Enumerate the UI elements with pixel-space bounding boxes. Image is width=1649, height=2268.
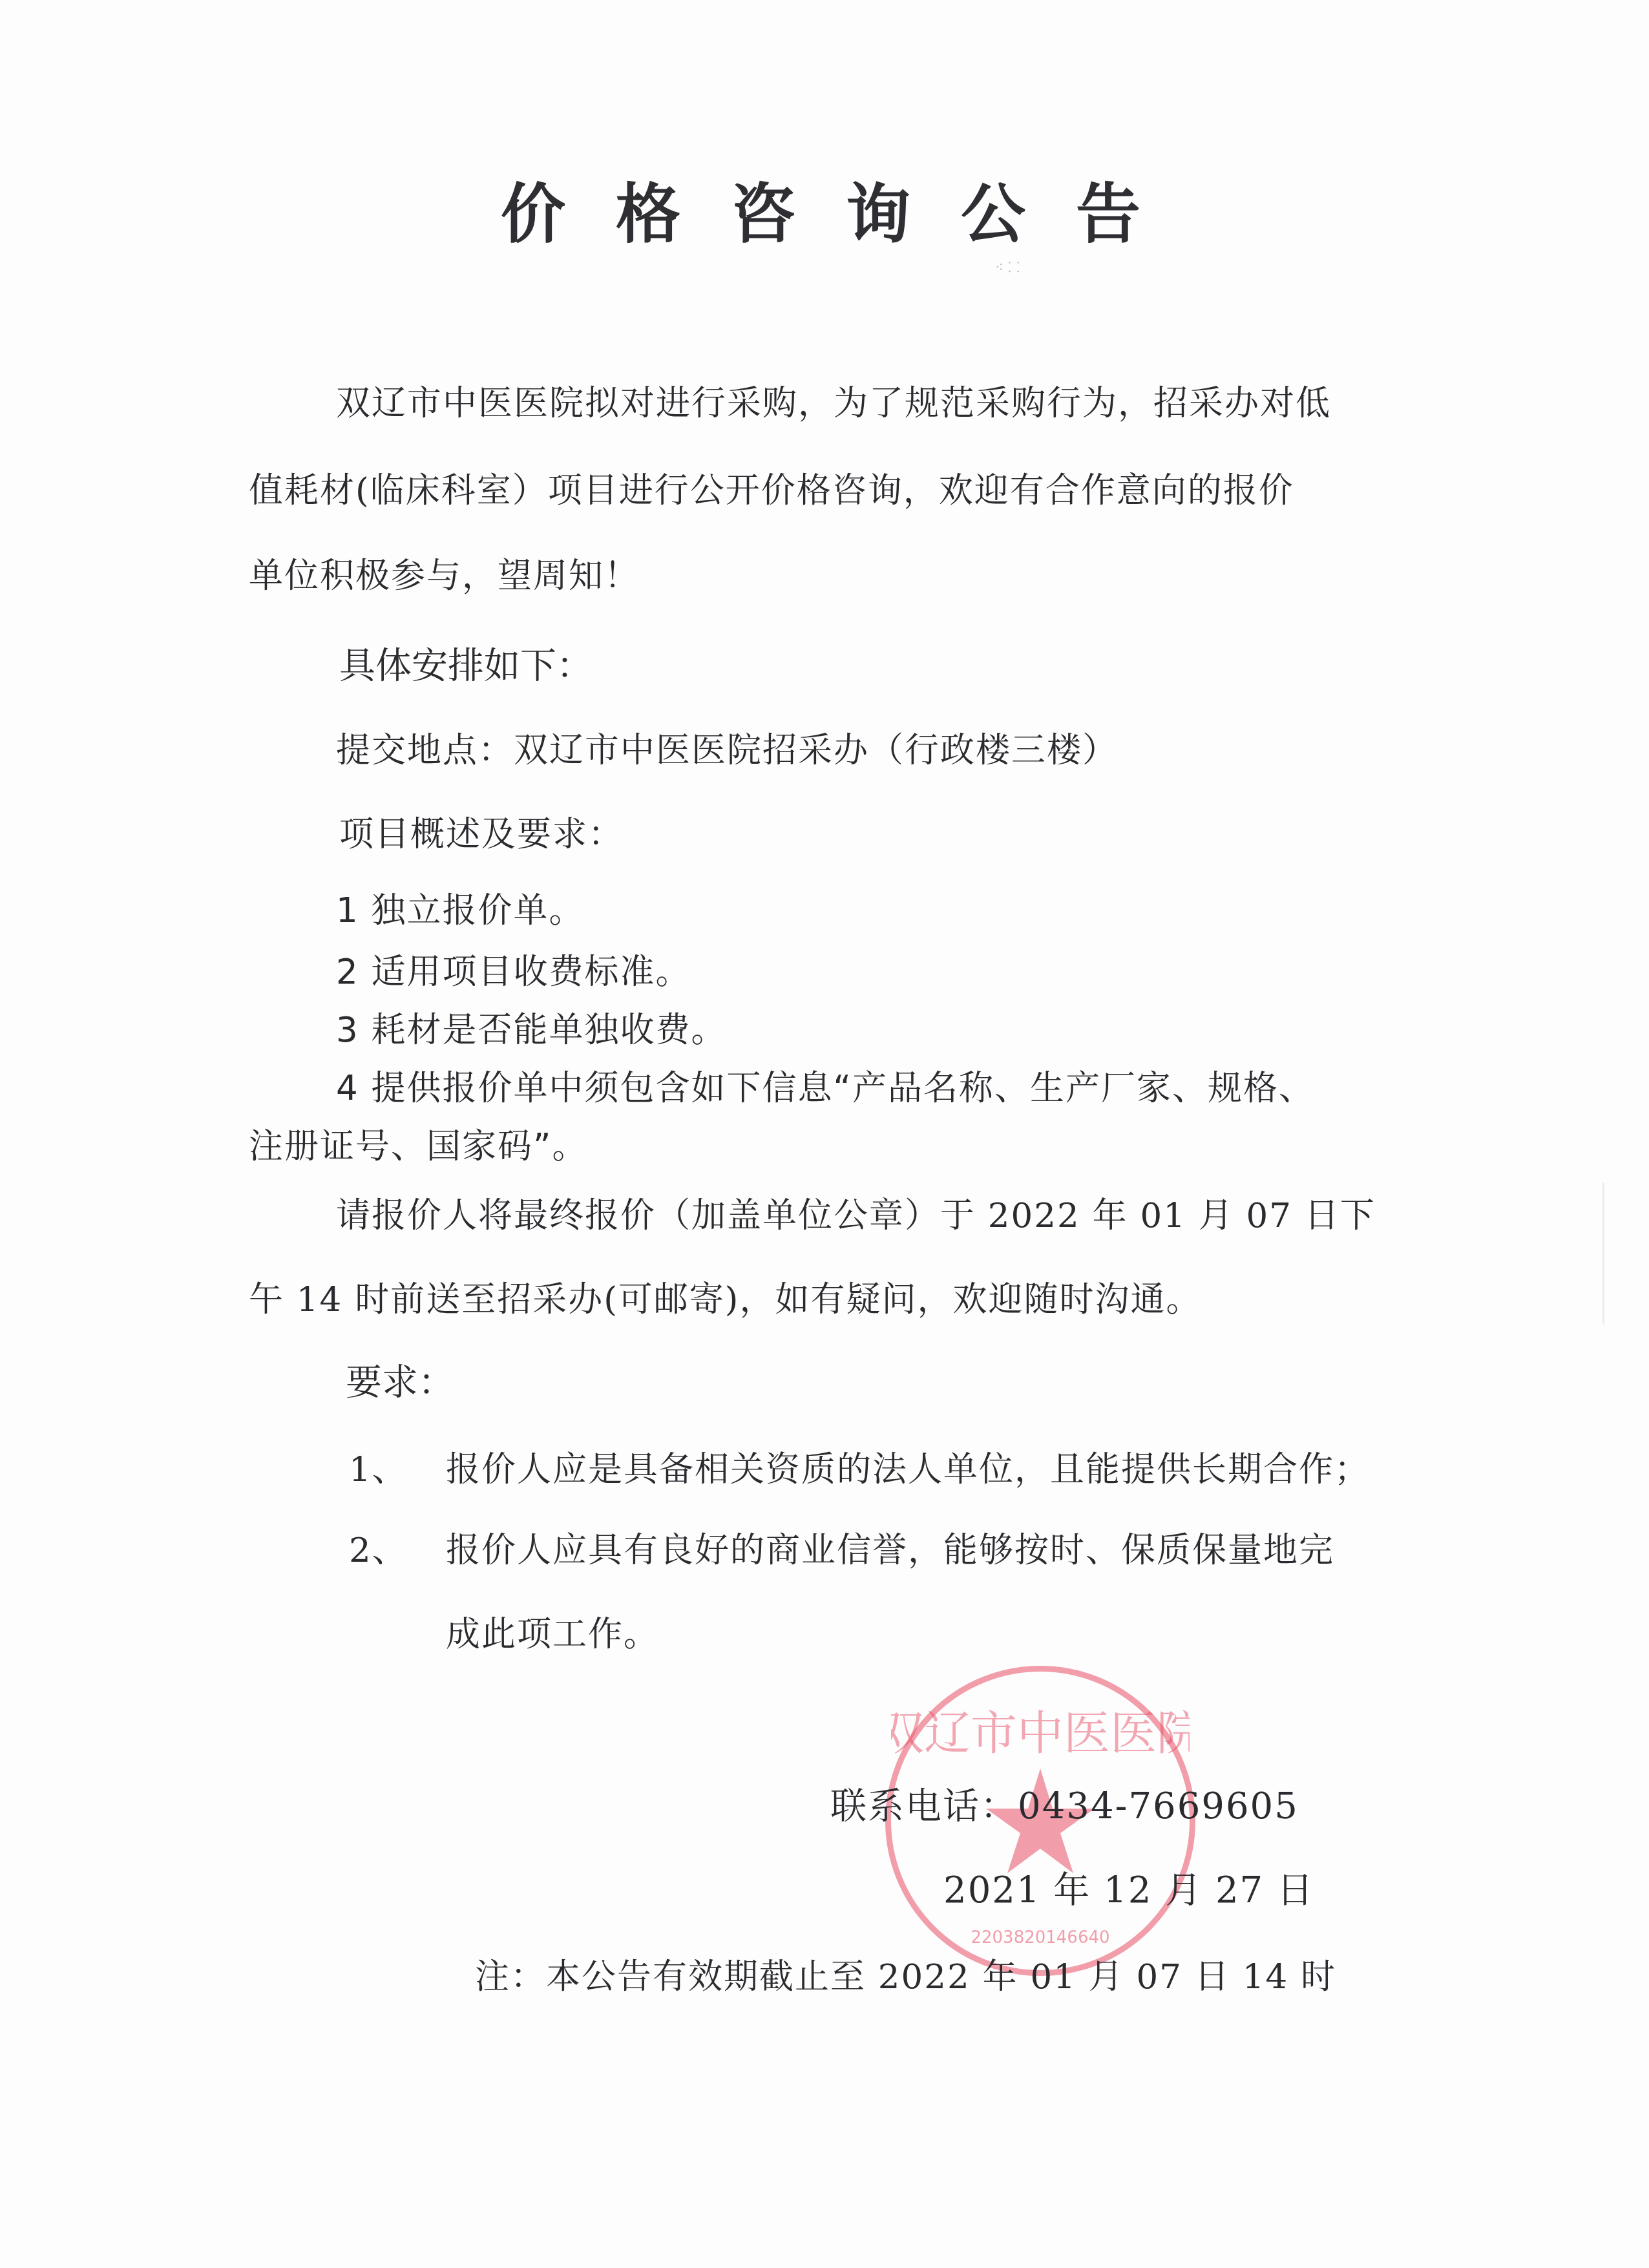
requirement-text-2-cont: 成此项工作。	[446, 1617, 659, 1652]
overview-item-4-cont: 注册证号、国家码”。	[249, 1129, 587, 1164]
scan-artifact-line	[1602, 1182, 1604, 1325]
svg-text:双辽市中医医院: 双辽市中医医院	[891, 1706, 1190, 1760]
deadline-line-1: 请报价人将最终报价（加盖单位公章）于 2022 年 01 月 07 日下	[336, 1199, 1376, 1233]
intro-line-2: 值耗材(临床科室）项目进行公开价格咨询，欢迎有合作意向的报价	[249, 474, 1294, 508]
requirements-heading: 要求：	[346, 1365, 454, 1401]
requirement-num-2: 2、	[349, 1533, 408, 1568]
intro-line-1: 双辽市中医医院拟对进行采购，为了规范采购行为，招采办对低	[336, 386, 1331, 421]
scan-artifact: ⁖ ⸬	[995, 257, 1020, 277]
requirement-num-1: 1、	[349, 1453, 408, 1487]
overview-item-3: 3 耗材是否能单独收费。	[336, 1013, 727, 1047]
deadline-line-2: 午 14 时前送至招采办(可邮寄)，如有疑问，欢迎随时沟通。	[249, 1283, 1202, 1317]
svg-text:2203820146640: 2203820146640	[971, 1928, 1109, 1948]
validity-note: 注：本公告有效期截止至 2022 年 01 月 07 日 14 时	[475, 1960, 1336, 1994]
overview-item-2: 2 适用项目收费标准。	[336, 955, 691, 989]
overview-item-1: 1 独立报价单。	[336, 894, 585, 928]
overview-heading: 项目概述及要求：	[339, 817, 624, 852]
requirement-text-2: 报价人应具有良好的商业信誉，能够按时、保质保量地完	[446, 1533, 1334, 1568]
arrangement-heading: 具体安排如下：	[339, 648, 593, 684]
page-title: 价格咨询公告	[501, 182, 1191, 247]
contact-phone: 联系电话：0434-7669605	[830, 1789, 1299, 1825]
requirement-text-1: 报价人应是具备相关资质的法人单位，且能提供长期合作；	[446, 1453, 1370, 1487]
intro-line-3: 单位积极参与，望周知！	[249, 559, 640, 593]
overview-item-4: 4 提供报价单中须包含如下信息“产品名称、生产厂家、规格、	[336, 1071, 1314, 1106]
notice-date: 2021 年 12 月 27 日	[943, 1873, 1314, 1909]
submit-location: 提交地点：双辽市中医医院招采办（行政楼三楼）	[336, 733, 1118, 768]
